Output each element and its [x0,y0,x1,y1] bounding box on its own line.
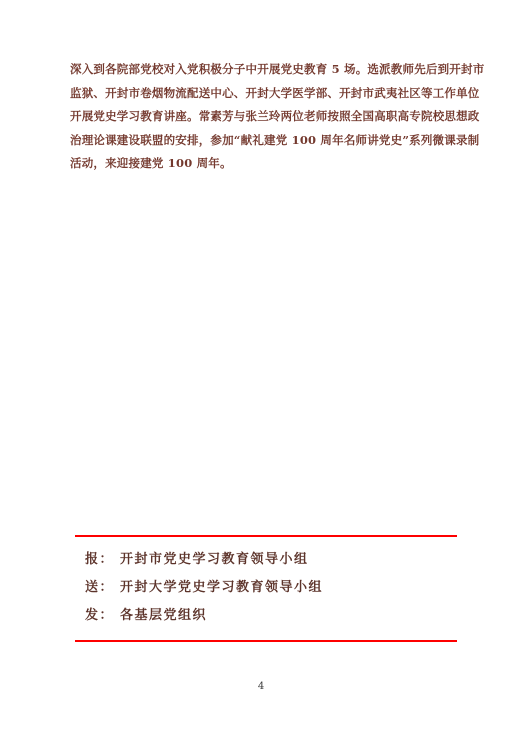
distribution-label: 报： [85,546,114,574]
distribution-rows: 报：开封市党史学习教育领导小组 送：开封大学党史学习教育领导小组 发：各基层党组… [75,537,457,640]
distribution-row: 发：各基层党组织 [85,602,457,630]
distribution-list: 报：开封市党史学习教育领导小组 送：开封大学党史学习教育领导小组 发：各基层党组… [75,535,457,642]
distribution-bottom-rule [75,640,457,642]
distribution-value: 各基层党组织 [120,602,207,630]
paragraph-line: 监狱、开封市卷烟物流配送中心、开封大学医学部、开封市武夷社区等工作单位 [70,82,458,106]
page-number: 4 [0,681,522,692]
document-page: 深入到各院部党校对入党积极分子中开展党史教育 5 场。选派教师先后到开封市 监狱… [0,0,522,740]
paragraph-line: 深入到各院部党校对入党积极分子中开展党史教育 5 场。选派教师先后到开封市 [70,58,458,82]
distribution-label: 发： [85,602,114,630]
paragraph-line: 治理论课建设联盟的安排，参加“献礼建党 100 周年名师讲党史”系列微课录制 [70,129,458,153]
distribution-value: 开封市党史学习教育领导小组 [120,546,309,574]
distribution-row: 报：开封市党史学习教育领导小组 [85,546,457,574]
body-paragraph: 深入到各院部党校对入党积极分子中开展党史教育 5 场。选派教师先后到开封市 监狱… [70,58,458,176]
distribution-value: 开封大学党史学习教育领导小组 [120,574,323,602]
distribution-row: 送：开封大学党史学习教育领导小组 [85,574,457,602]
distribution-label: 送： [85,574,114,602]
paragraph-line: 开展党史学习教育讲座。常素芳与张兰玲两位老师按照全国高职高专院校思想政 [70,105,458,129]
paragraph-line: 活动，来迎接建党 100 周年。 [70,152,458,176]
